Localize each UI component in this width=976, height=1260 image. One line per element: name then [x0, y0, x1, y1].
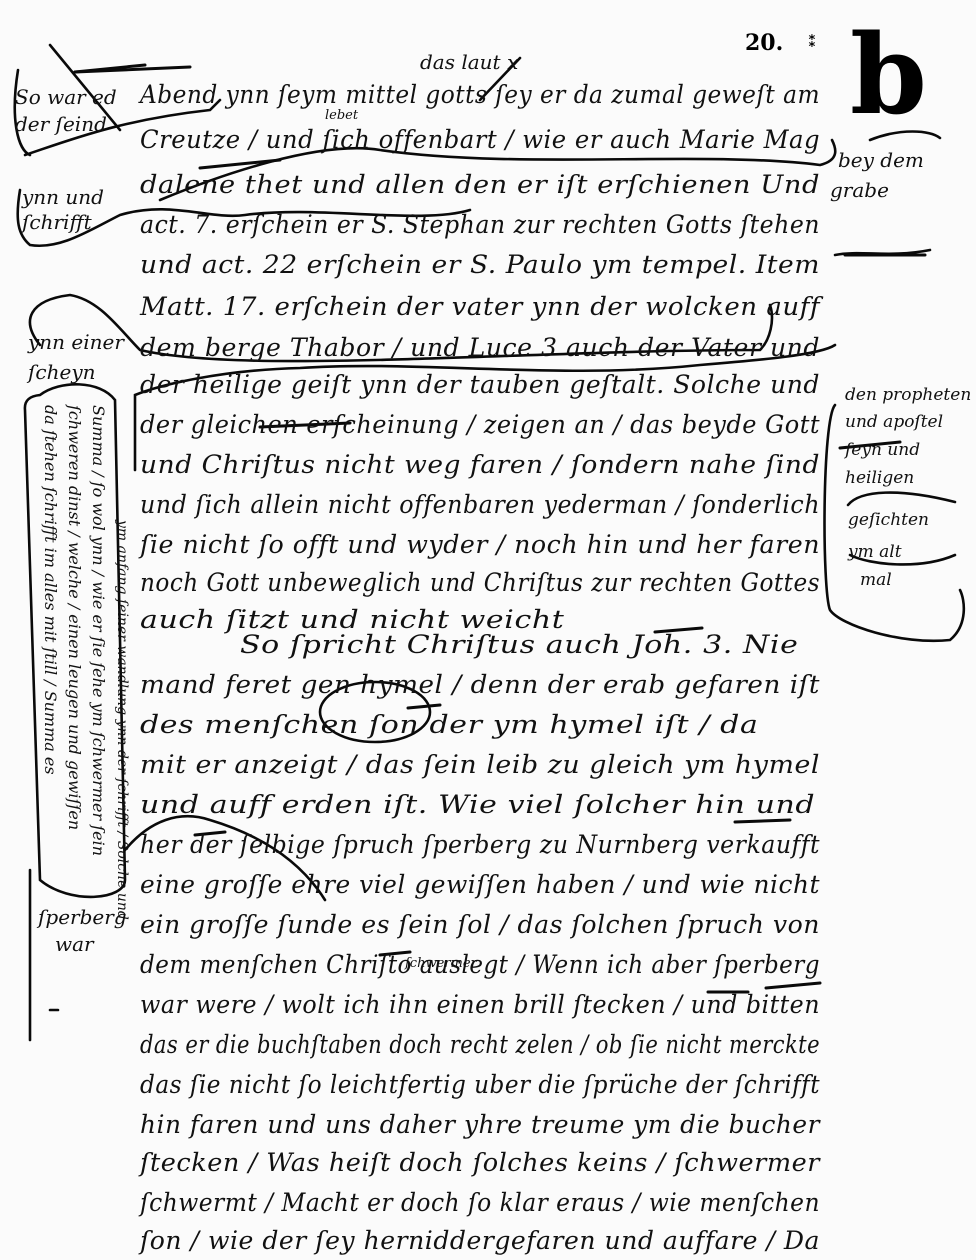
left-vertical-note: Summa / ſo wol ynn / wie er ſie ſehe ym …	[89, 405, 108, 856]
body-line: der heilige geiſt ynn der tauben geſtalt…	[140, 370, 820, 399]
body-line: Abend ynn ſeym mittel gotts ſey er da zu…	[140, 80, 820, 109]
body-line: So ſpricht Chriſtus auch Joh. 3. Nie	[240, 630, 798, 659]
body-line: dalene thet und allen den er iſt erſchie…	[140, 170, 820, 199]
body-line: hin faren und uns daher yhre treume ym d…	[140, 1110, 820, 1139]
left-margin-note: der ſeind	[15, 112, 107, 136]
left-vertical-note: da ſtehen ſchrifft im alles mit ſtill / …	[41, 405, 60, 775]
body-line: das ſie nicht ſo leichtfertig uber die ſ…	[140, 1070, 820, 1099]
left-margin-note: ſchrifft	[22, 210, 92, 234]
folio-ornament: ⁑	[808, 32, 816, 51]
left-margin-note: ſcheyn	[28, 360, 96, 384]
left-margin-note: war	[55, 932, 94, 956]
left-vertical-note: ym anfang ſeiner wandlung ynn der ſchrif…	[114, 520, 130, 920]
body-line: das er die buchſtaben doch recht zelen /…	[140, 1030, 820, 1059]
body-line: her der ſelbige ſpruch ſperberg zu Nurnb…	[140, 830, 820, 859]
right-margin-note: geſichten	[848, 510, 929, 530]
right-margin-note: ym alt	[848, 542, 902, 562]
body-line: ſchwermt / Macht er doch ſo klar eraus /…	[140, 1188, 820, 1217]
body-line: ſie nicht ſo offt und wyder / noch hin u…	[140, 530, 820, 559]
right-margin-note: den propheten	[845, 385, 971, 405]
body-line: war were / wolt ich ihn einen brill ſtec…	[140, 990, 820, 1019]
insertion-above-line-2: lebet	[325, 108, 358, 123]
right-margin-note: grabe	[830, 178, 889, 202]
body-line: und auff erden iſt. Wie viel ſolcher hin…	[140, 790, 815, 819]
body-line: der gleichen erſcheinung / zeigen an / d…	[140, 410, 820, 439]
body-line: eine groſſe ehre viel gewiſſen haben / u…	[140, 870, 820, 899]
body-line: des menſchen ſon der ym hymel iſt / da	[140, 710, 758, 739]
folio-number: 20.	[745, 30, 783, 56]
body-line: mand feret gen hymel / denn der erab gef…	[140, 670, 820, 699]
right-margin-note: und apoſtel	[845, 412, 943, 432]
body-line: act. 7. erſchein er S. Stephan zur recht…	[140, 210, 820, 239]
body-line: ein groſſe ſunde es ſein ſol / das ſolch…	[140, 910, 820, 939]
left-vertical-note: ſchweren dinst / welche / einen leugen u…	[65, 405, 84, 830]
right-margin-note: ſeyn und	[845, 440, 920, 460]
sheet-letter-b: b	[850, 20, 927, 130]
left-margin-note: So war ed	[15, 85, 117, 109]
body-line: ſon / wie der ſey herniddergefaren und a…	[140, 1226, 820, 1255]
right-margin-note: bey dem	[838, 148, 924, 172]
body-line: mit er anzeigt / das ſein leib zu gleich…	[140, 750, 820, 779]
left-margin-note: ynn und	[22, 185, 104, 209]
heading-insert: das laut x	[420, 50, 518, 74]
right-margin-note: heiligen	[845, 468, 914, 488]
body-line: und ſich allein nicht offenbaren yederma…	[140, 490, 820, 519]
body-line: dem berge Thabor / und Luce 3 auch der V…	[140, 333, 820, 362]
body-line: ſtecken / Was heiſt doch ſolches keins /…	[140, 1148, 820, 1177]
body-line: Creutze / und ſich offenbart / wie er au…	[140, 125, 820, 154]
body-line: noch Gott unbeweglich und Chriſtus zur r…	[140, 568, 820, 597]
body-line: und act. 22 erſchein er S. Paulo ym temp…	[140, 250, 820, 279]
body-line: dem menſchen Chriſto auslegt / Wenn ich …	[140, 950, 820, 979]
manuscript-page: 20. ⁑ b das laut x lebet ſchwermer Abend…	[0, 0, 976, 1260]
left-margin-note: ynn einer	[28, 330, 124, 354]
body-line: Matt. 17. erſchein der vater ynn der wol…	[140, 292, 820, 321]
body-line: und Chriſtus nicht weg faren / ſondern n…	[140, 450, 820, 479]
right-margin-note: mal	[860, 570, 892, 590]
